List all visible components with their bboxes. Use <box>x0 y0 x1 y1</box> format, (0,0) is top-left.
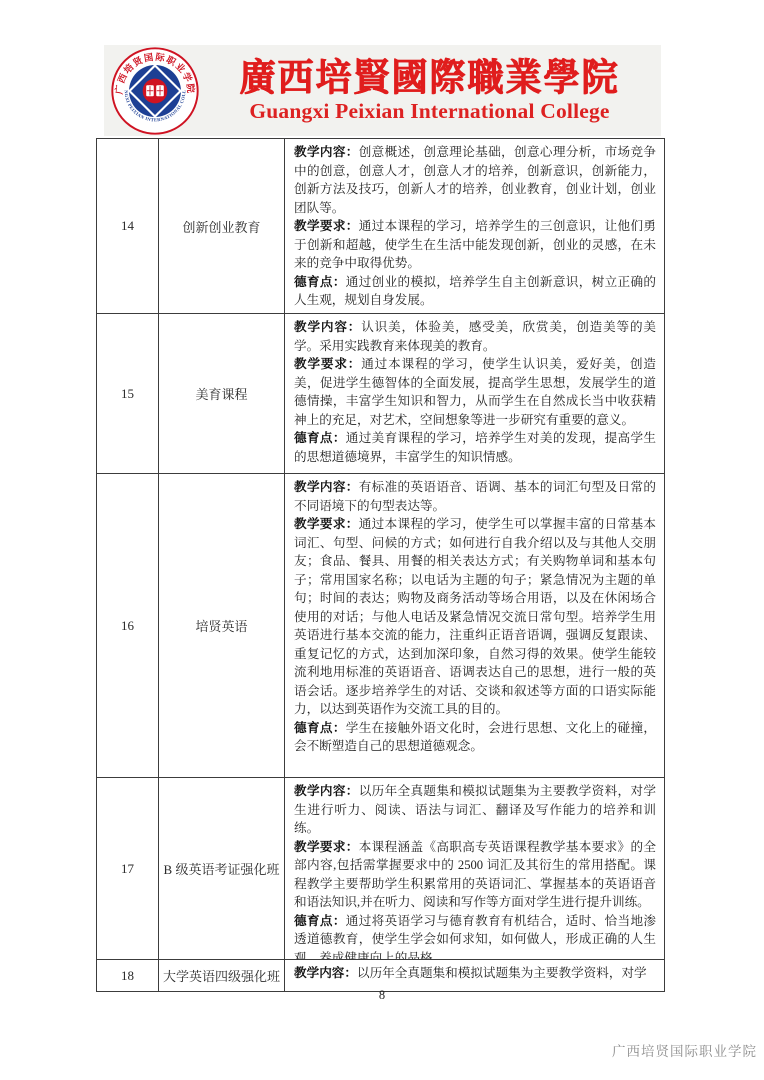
desc-segment: 德育点：通过创业的模拟，培养学生自主创新意识，树立正确的人生观，规划自身发展。 <box>294 273 656 310</box>
course-name: 美育课程 <box>159 314 285 473</box>
segment-label: 教学要求： <box>294 219 359 233</box>
desc-segment: 教学内容：有标准的英语语音、语调、基本的词汇句型及日常的不同语境下的句型表达等。 <box>294 478 656 515</box>
course-desc: 教学内容：以历年全真题集和模拟试题集为主要教学资料，对学生进行听力、阅读、语法与… <box>285 778 664 959</box>
college-title-en: Guangxi Peixian International College <box>249 98 609 124</box>
desc-segment: 教学内容：创意概述，创意理论基础，创意心理分析，市场竞争中的创意，创意人才，创意… <box>294 143 656 217</box>
segment-text: 通过创业的模拟，培养学生自主创新意识，树立正确的人生观，规划自身发展。 <box>294 275 656 308</box>
course-desc: 教学内容：以历年全真题集和模拟试题集为主要教学资料，对学 <box>285 960 664 991</box>
course-no: 18 <box>97 960 159 991</box>
course-no: 14 <box>97 139 159 313</box>
segment-text: 通过本课程的学习，使学生可以掌握丰富的日常基本词汇、句型、问候的方式；如何进行自… <box>294 517 656 716</box>
course-desc: 教学内容：有标准的英语语音、语调、基本的词汇句型及日常的不同语境下的句型表达等。… <box>285 474 664 777</box>
desc-segment: 教学要求：本课程涵盖《高职高专英语课程教学基本要求》的全部内容,包括需掌握要求中… <box>294 838 656 912</box>
segment-label: 教学内容： <box>294 784 359 798</box>
course-desc: 教学内容：创意概述，创意理论基础，创意心理分析，市场竞争中的创意，创意人才，创意… <box>285 139 664 313</box>
college-logo: 广西培贤国际职业学院 GUANGXI PEIXIAN INTERNATIONAL… <box>110 47 200 135</box>
course-desc: 教学内容：认识美，体验美，感受美，欣赏美，创造美等的美学。采用实践教育来体现美的… <box>285 314 664 473</box>
desc-segment: 德育点：学生在接触外语文化时，会进行思想、文化上的碰撞，会不断塑造自己的思想道德… <box>294 719 656 756</box>
segment-label: 教学内容： <box>294 966 357 980</box>
desc-segment: 教学要求：通过本课程的学习，使学生可以掌握丰富的日常基本词汇、句型、问候的方式；… <box>294 515 656 719</box>
course-name: 创新创业教育 <box>159 139 285 313</box>
desc-segment: 德育点：通过美育课程的学习，培养学生对美的发现，提高学生的思想道德境界，丰富学生… <box>294 429 656 466</box>
course-name: B 级英语考证强化班 <box>159 778 285 959</box>
segment-label: 教学要求： <box>294 840 359 854</box>
course-name: 大学英语四级强化班 <box>159 960 285 991</box>
segment-label: 教学内容： <box>294 480 359 494</box>
segment-label: 德育点： <box>294 431 346 445</box>
table-row-15: 15 美育课程 教学内容：认识美，体验美，感受美，欣赏美，创造美等的美学。采用实… <box>97 314 664 474</box>
header-banner: 广西培贤国际职业学院 GUANGXI PEIXIAN INTERNATIONAL… <box>104 45 661 136</box>
courses-table: 14 创新创业教育 教学内容：创意概述，创意理论基础，创意心理分析，市场竞争中的… <box>96 138 665 992</box>
segment-text: 学生在接触外语文化时，会进行思想、文化上的碰撞，会不断塑造自己的思想道德观念。 <box>294 721 656 754</box>
desc-segment: 教学内容：认识美，体验美，感受美，欣赏美，创造美等的美学。采用实践教育来体现美的… <box>294 318 656 355</box>
desc-segment: 教学内容：以历年全真题集和模拟试题集为主要教学资料，对学 <box>294 964 656 983</box>
table-row-16: 16 培贤英语 教学内容：有标准的英语语音、语调、基本的词汇句型及日常的不同语境… <box>97 474 664 778</box>
table-row-18: 18 大学英语四级强化班 教学内容：以历年全真题集和模拟试题集为主要教学资料，对… <box>97 960 664 991</box>
segment-label: 教学内容： <box>294 320 361 334</box>
course-name: 培贤英语 <box>159 474 285 777</box>
segment-label: 教学要求： <box>294 517 359 531</box>
desc-segment: 教学内容：以历年全真题集和模拟试题集为主要教学资料，对学生进行听力、阅读、语法与… <box>294 782 656 838</box>
desc-segment: 德育点：通过将英语学习与德育教育有机结合，适时、恰当地渗透道德教育，使学生学会如… <box>294 912 656 960</box>
college-title-zh: 廣西培賢國際職業學院 <box>239 57 619 99</box>
college-logo-emblem: 广西培贤国际职业学院 GUANGXI PEIXIAN INTERNATIONAL… <box>111 47 199 135</box>
table-row-14: 14 创新创业教育 教学内容：创意概述，创意理论基础，创意心理分析，市场竞争中的… <box>97 139 664 314</box>
course-no: 15 <box>97 314 159 473</box>
desc-segment: 教学要求：通过本课程的学习，使学生认识美，爱好美，创造美，促进学生德智体的全面发… <box>294 355 656 429</box>
segment-label: 教学内容： <box>294 145 359 159</box>
page-number: 8 <box>0 988 764 1003</box>
segment-label: 德育点： <box>294 721 346 735</box>
course-no: 16 <box>97 474 159 777</box>
course-no: 17 <box>97 778 159 959</box>
segment-label: 德育点： <box>294 914 346 928</box>
segment-text: 通过将英语学习与德育教育有机结合，适时、恰当地渗透道德教育，使学生学会如何求知，… <box>294 914 656 960</box>
segment-label: 德育点： <box>294 275 346 289</box>
college-titles: 廣西培賢國際職業學院 Guangxi Peixian International… <box>204 58 655 124</box>
segment-text: 以历年全真题集和模拟试题集为主要教学资料，对学 <box>357 966 647 980</box>
table-row-17: 17 B 级英语考证强化班 教学内容：以历年全真题集和模拟试题集为主要教学资料，… <box>97 778 664 960</box>
segment-label: 教学要求： <box>294 357 361 371</box>
document-page: 广西培贤国际职业学院 GUANGXI PEIXIAN INTERNATIONAL… <box>0 0 764 1080</box>
footer-watermark: 广西培贤国际职业学院 <box>612 1040 757 1060</box>
segment-text: 通过美育课程的学习，培养学生对美的发现，提高学生的思想道德境界，丰富学生的知识情… <box>294 431 656 464</box>
desc-segment: 教学要求：通过本课程的学习，培养学生的三创意识，让他们勇于创新和超越，使学生在生… <box>294 217 656 273</box>
